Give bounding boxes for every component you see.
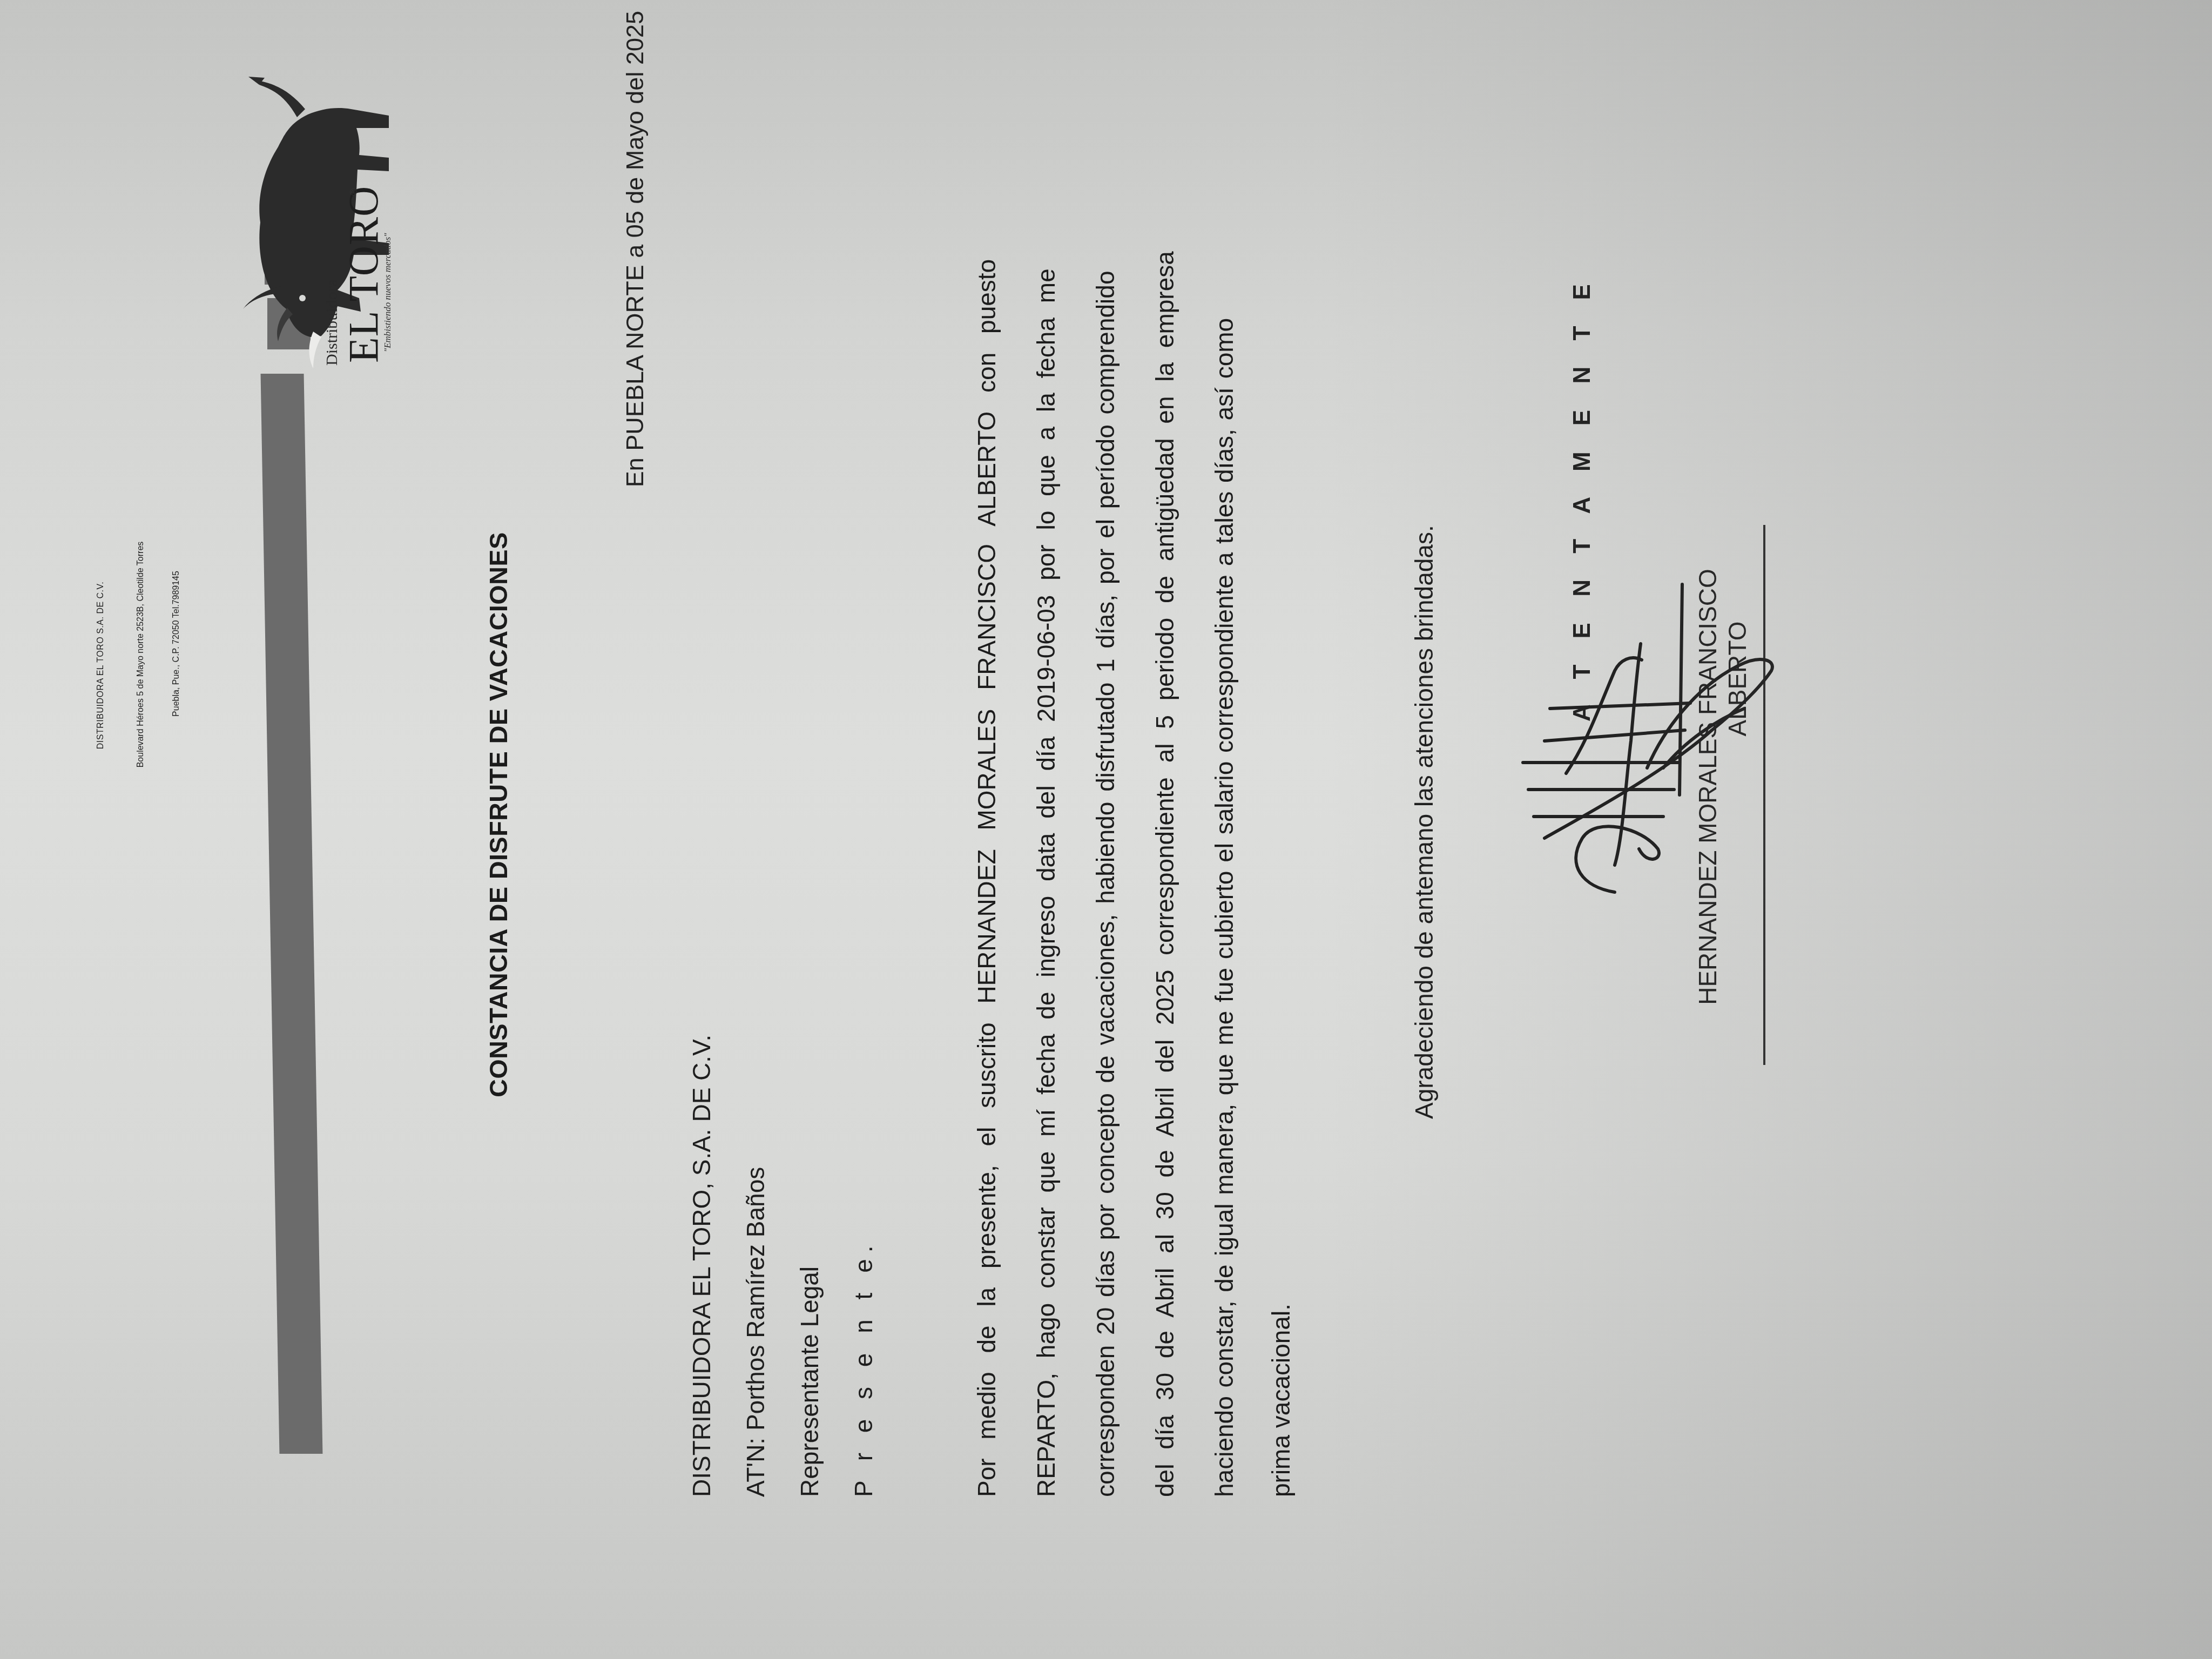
logo-subtitle: Distribuidora — [323, 279, 341, 366]
letter-page: DISTRIBUIDORA EL TORO S.A. DE C.V. Boule… — [0, 0, 2212, 1659]
recipient-role: Representante Legal — [795, 1266, 824, 1497]
document-title: CONSTANCIA DE DISFRUTE DE VACACIONES — [483, 532, 513, 1097]
signer-name: HERNANDEZ MORALES FRANCISCO — [1693, 569, 1722, 1005]
body-line: haciendo constar, de igual manera, que m… — [1210, 318, 1239, 1497]
place-date: En PUEBLA NORTE a 05 de Mayo del 2025 — [621, 11, 649, 487]
registered-mark-icon: ® — [348, 188, 360, 195]
recipient-salutation: P r e s e n t e. — [849, 1239, 878, 1497]
letterhead-company: DISTRIBUIDORA EL TORO S.A. DE C.V. — [96, 582, 106, 749]
logo-name: EL TORO — [339, 186, 388, 363]
recipient-attention: AT'N: Porthos Ramírez Baños — [741, 1167, 770, 1497]
valediction: A T E N T A M E N T E — [1569, 274, 1596, 721]
body-line: corresponden 20 días por concepto de vac… — [1091, 271, 1120, 1497]
closing-text: Agradeciendo de antemano las atenciones … — [1410, 525, 1439, 1119]
recipient-company: DISTRIBUIDORA EL TORO, S.A. DE C.V. — [687, 1035, 716, 1497]
signature-line — [1763, 525, 1765, 1065]
signer-name-continued: ALBERTO — [1723, 621, 1752, 736]
letterhead-address: Boulevard Héroes 5 de Mayo norte 2523B, … — [136, 542, 146, 768]
body-line: del día 30 de Abril al 30 de Abril del 2… — [1150, 251, 1179, 1497]
body-line: Por medio de la presente, el suscrito HE… — [972, 259, 1001, 1497]
letterhead-city-phone: Puebla, Pue., C.P. 72050 Tel.7989145 — [172, 571, 181, 717]
body-line: REPARTO, hago constar que mí fecha de in… — [1031, 268, 1061, 1497]
letterhead-gray-bar — [261, 374, 323, 1454]
logo-tagline: "Embistiendo nuevos mercados" — [382, 233, 393, 352]
signature-icon — [1501, 525, 1804, 1119]
body-line: prima vacacional. — [1266, 1304, 1296, 1497]
